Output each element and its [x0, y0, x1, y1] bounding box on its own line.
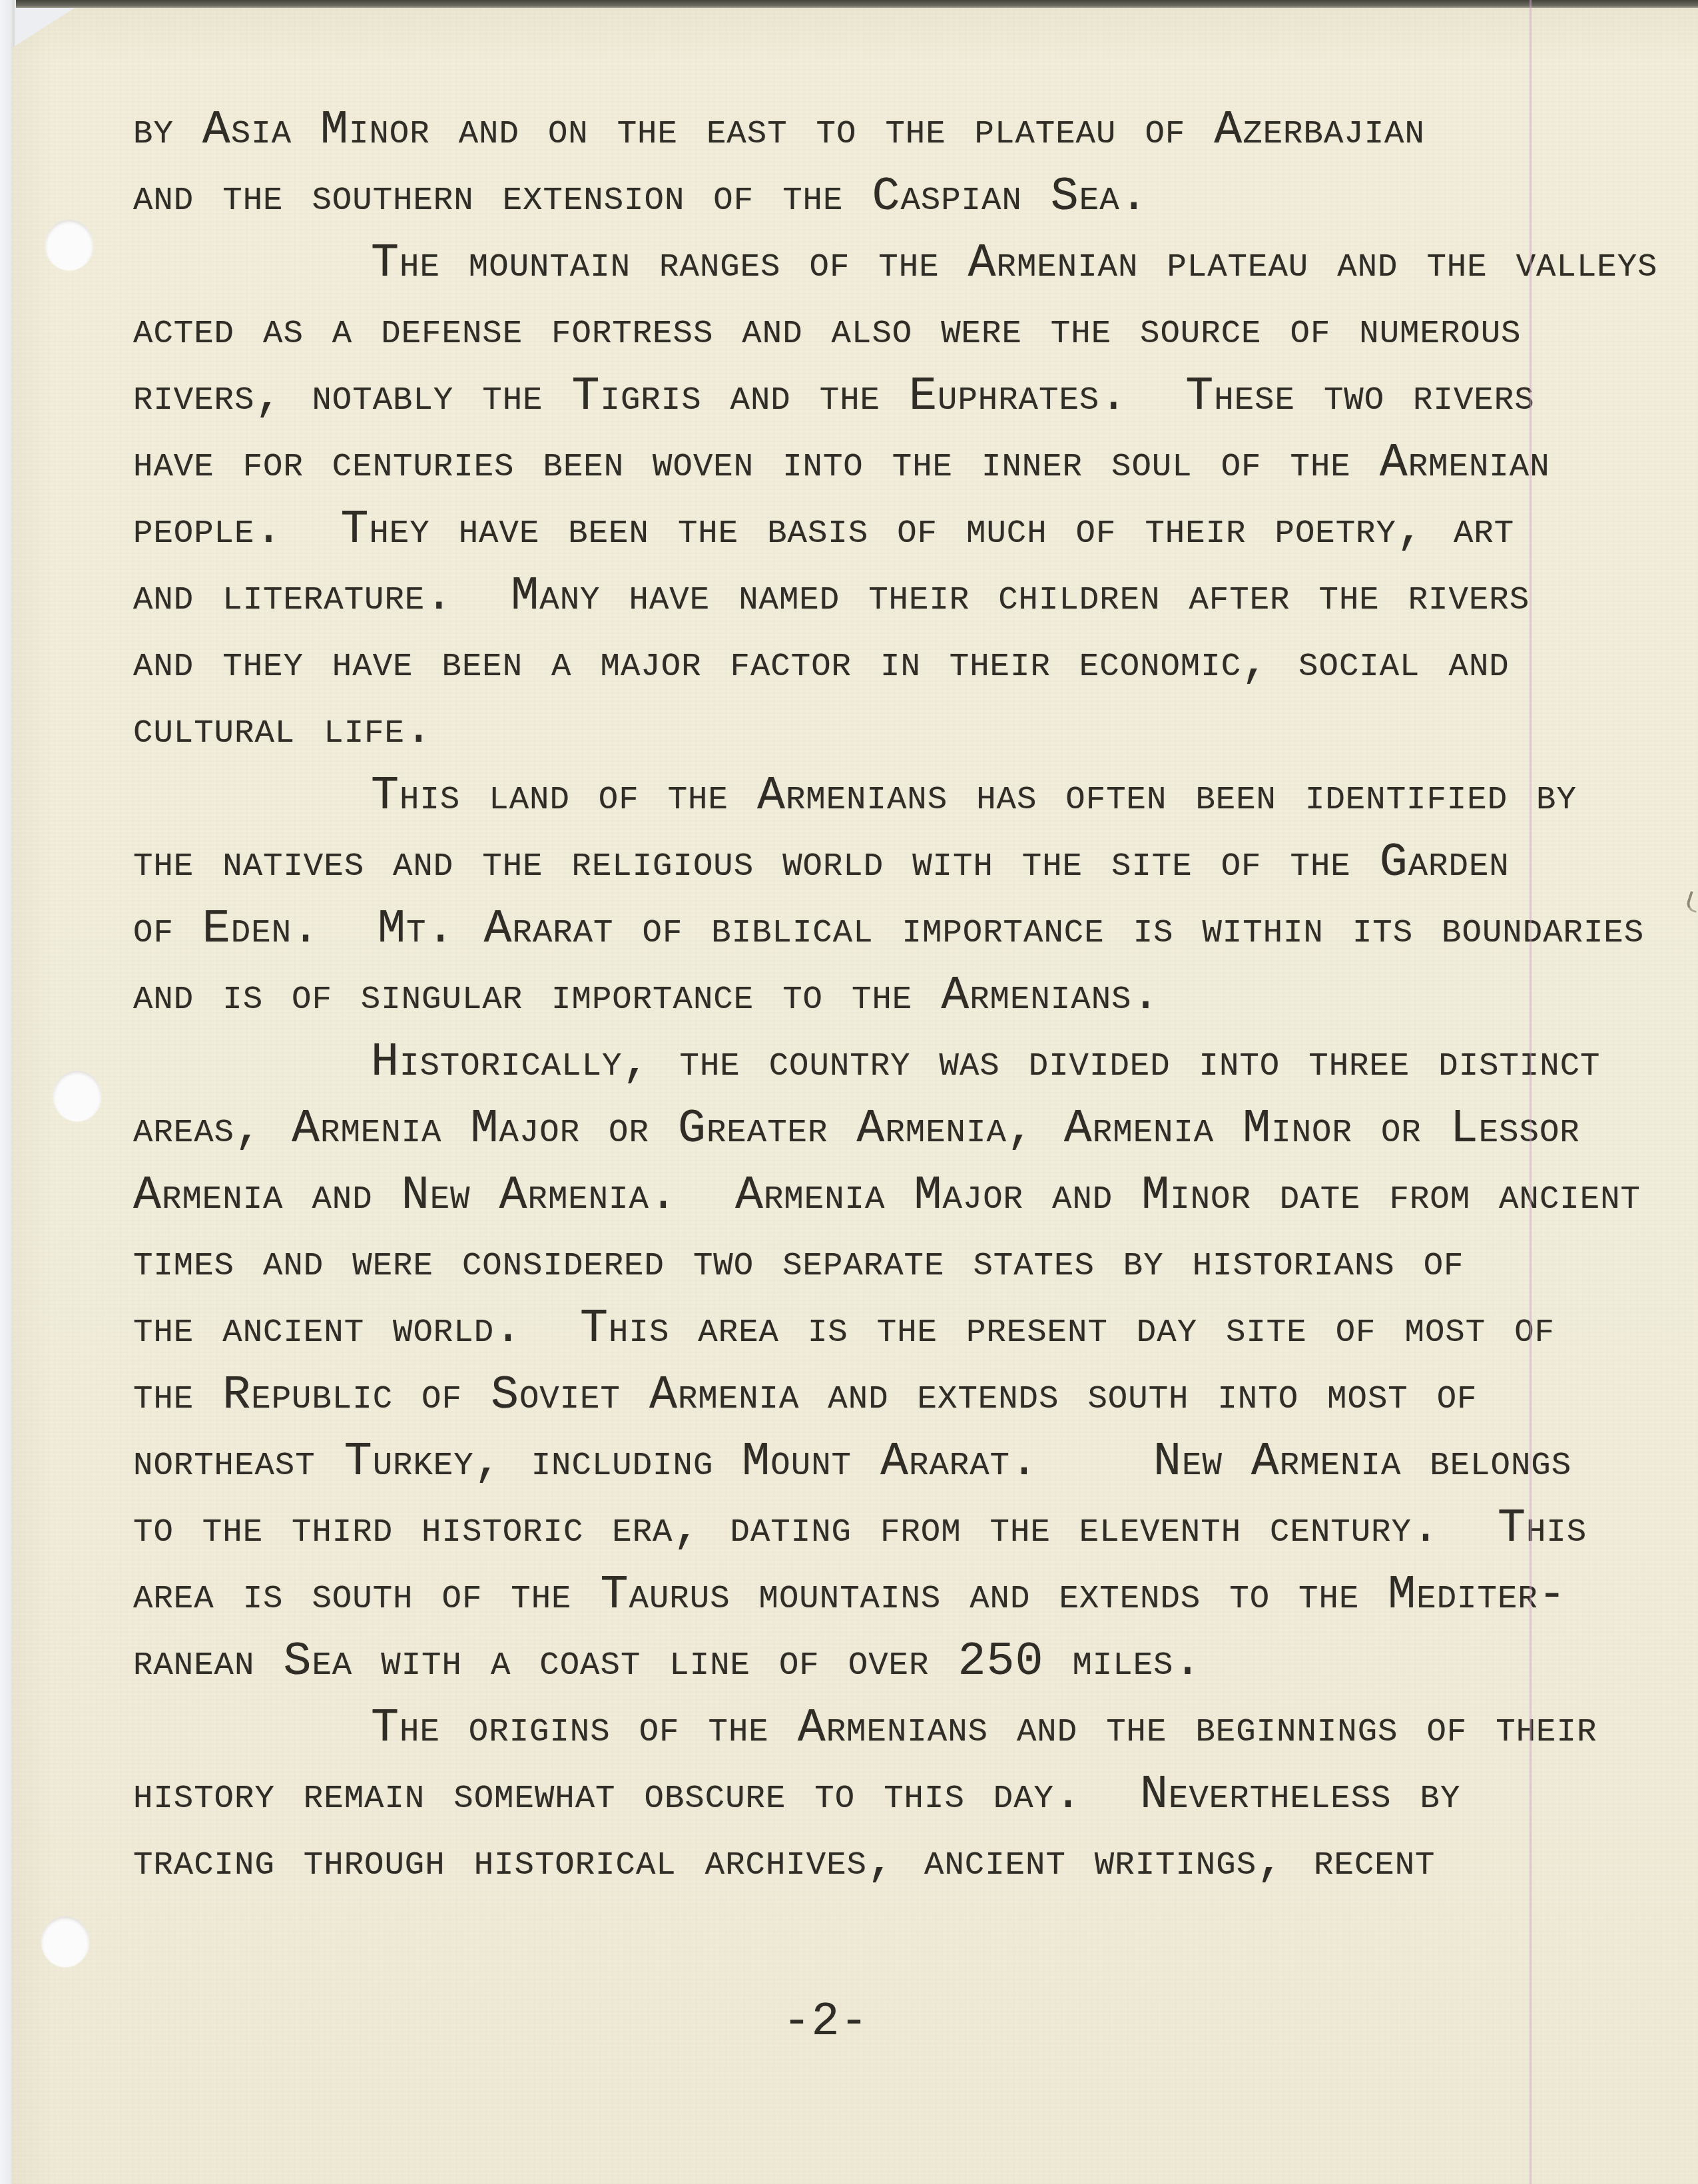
top-scan-shadow: [16, 0, 1698, 8]
text-line: and is of singular importance to the Arm…: [133, 963, 1685, 1030]
text-line: Armenia and New Armenia. Armenia Major a…: [133, 1163, 1685, 1230]
punch-hole-middle: [53, 1071, 101, 1121]
text-line: and the southern extension of the Caspia…: [133, 164, 1685, 231]
text-line: acted as a defense fortress and also wer…: [133, 298, 1685, 364]
text-line: The mountain ranges of the Armenian plat…: [133, 231, 1685, 298]
text-line: by Asia Minor and on the east to the pla…: [133, 98, 1685, 164]
paragraph: The mountain ranges of the Armenian plat…: [133, 231, 1685, 764]
paragraph: The origins of the Armenians and the beg…: [133, 1696, 1685, 1896]
text-line: cultural life.: [133, 697, 1685, 764]
text-line: the ancient world. This area is the pres…: [133, 1296, 1685, 1363]
punch-hole-top: [45, 220, 93, 270]
text-line: have for centuries been woven into the i…: [133, 431, 1685, 497]
text-line: and they have been a major factor in the…: [133, 631, 1685, 697]
text-line: to the third historic era, dating from t…: [133, 1496, 1685, 1563]
text-line: area is south of the Taurus mountains an…: [133, 1563, 1685, 1629]
ink-speck: [1685, 891, 1698, 913]
text-line: people. They have been the basis of much…: [133, 497, 1685, 564]
text-line: tracing through historical archives, anc…: [133, 1829, 1685, 1896]
typed-text: by Asia Minor and on the east to the pla…: [133, 98, 1685, 1896]
text-line: Historically, the country was divided in…: [133, 1030, 1685, 1097]
text-line: rivers, notably the Tigris and the Euphr…: [133, 364, 1685, 431]
margin-line: [1530, 0, 1532, 2184]
text-line: northeast Turkey, including Mount Ararat…: [133, 1430, 1685, 1496]
text-line: ranean Sea with a coast line of over 250…: [133, 1629, 1685, 1696]
paragraph: This land of the Armenians has often bee…: [133, 764, 1685, 1030]
punch-hole-bottom: [41, 1916, 89, 1967]
text-line: the natives and the religious world with…: [133, 830, 1685, 897]
text-line: The origins of the Armenians and the beg…: [133, 1696, 1685, 1763]
text-line: times and were considered two separate s…: [133, 1230, 1685, 1296]
paragraph: by Asia Minor and on the east to the pla…: [133, 98, 1685, 231]
text-line: and literature. Many have named their ch…: [133, 564, 1685, 631]
paragraph: Historically, the country was divided in…: [133, 1030, 1685, 1696]
text-line: history remain somewhat obscure to this …: [133, 1763, 1685, 1829]
text-line: areas, Armenia Major or Greater Armenia,…: [133, 1097, 1685, 1163]
scanned-page: by Asia Minor and on the east to the pla…: [0, 0, 1698, 2184]
text-line: of Eden. Mt. Ararat of biblical importan…: [133, 897, 1685, 963]
text-line: the Republic of Soviet Armenia and exten…: [133, 1363, 1685, 1430]
page-number: -2-: [726, 1990, 926, 2056]
text-line: This land of the Armenians has often bee…: [133, 764, 1685, 830]
